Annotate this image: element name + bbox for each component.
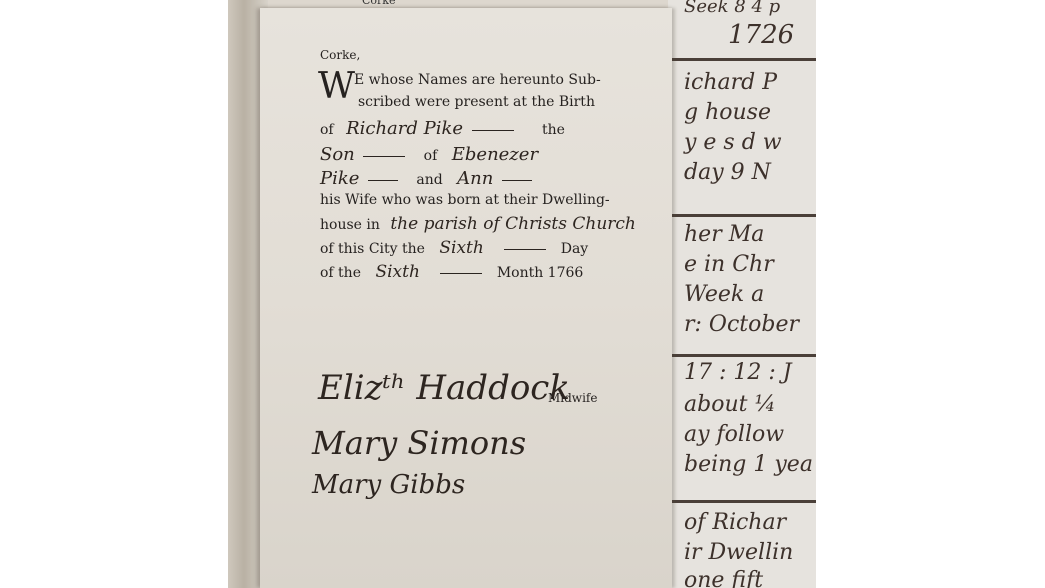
ledger-fragment: about ¼	[684, 392, 776, 417]
ledger-fragment: ay follow	[684, 422, 784, 447]
signature-witness-1: Mary Simons	[312, 424, 526, 462]
father-surname: Pike	[320, 168, 359, 189]
document-photo: Seek 8 4 p 1726 ichard P g house y e s d…	[228, 0, 816, 588]
birth-month: Sixth	[375, 262, 419, 282]
relation: Son	[320, 144, 355, 165]
printed-text: of	[424, 148, 438, 164]
ledger-fragment: g house	[684, 100, 771, 125]
ledger-fragment: of Richar	[684, 510, 786, 535]
midwife-label: Midwife	[548, 391, 597, 405]
line-5: Pike and Ann	[320, 168, 536, 189]
blank-line	[363, 156, 405, 157]
ledger-rule	[668, 500, 816, 503]
line-9: of the Sixth Month 1766	[320, 262, 583, 282]
ledger-fragment: r: October	[684, 312, 799, 337]
ledger-fragment: Seek 8 4 p	[684, 0, 780, 17]
line-2: scribed were present at the Birth	[358, 94, 595, 110]
blank-line	[472, 130, 514, 131]
blank-line	[368, 180, 398, 181]
signature-midwife: Elizᵗʰ Haddock	[318, 368, 570, 408]
line-7: house in the parish of Christs Church	[320, 214, 636, 234]
birth-day: Sixth	[439, 238, 483, 258]
line-1: E whose Names are hereunto Sub-	[354, 72, 601, 88]
ledger-fragment: 1726	[728, 20, 794, 50]
ledger-rule	[668, 354, 816, 357]
printed-text: of	[320, 122, 334, 138]
ledger-fragment: one fift	[684, 568, 763, 588]
signature-witness-2: Mary Gibbs	[312, 470, 465, 500]
printed-text: of this City the	[320, 241, 425, 257]
place-heading: Corke,	[320, 48, 360, 62]
blank-line	[502, 180, 532, 181]
printed-text: the	[542, 122, 565, 138]
line-8: of this City the Sixth Day	[320, 238, 588, 258]
ledger-page: Seek 8 4 p 1726 ichard P g house y e s d…	[668, 0, 816, 588]
parish: the parish of Christs Church	[390, 214, 636, 234]
mother-name: Ann	[457, 168, 493, 189]
ledger-rule	[668, 214, 816, 217]
printed-text: of the	[320, 265, 361, 281]
ledger-fragment: day 9 N	[684, 160, 771, 185]
ledger-fragment: Week a	[684, 282, 764, 307]
drop-cap: W	[318, 66, 355, 107]
line-4: Son of Ebenezer	[320, 144, 538, 165]
father-name: Ebenezer	[452, 144, 538, 165]
printed-text: and	[416, 172, 442, 188]
line-3: of Richard Pike the	[320, 118, 565, 139]
printed-text: house in	[320, 217, 380, 233]
ledger-fragment: ichard P	[684, 70, 777, 95]
underlying-sheet-text: Corke	[362, 0, 395, 7]
ledger-rule	[668, 58, 816, 61]
ledger-fragment: ir Dwellin	[684, 540, 793, 565]
ledger-fragment: her Ma	[684, 222, 764, 247]
blank-line	[440, 273, 482, 274]
ledger-fragment: 17 : 12 : J	[684, 360, 792, 385]
printed-text: Day	[561, 241, 588, 257]
child-name: Richard Pike	[346, 118, 463, 139]
ledger-fragment: e in Chr	[684, 252, 774, 277]
line-6: his Wife who was born at their Dwelling-	[320, 192, 610, 208]
printed-text: Month 1766	[497, 265, 584, 281]
blank-line	[504, 249, 546, 250]
birth-certificate: Corke, W E whose Names are hereunto Sub-…	[260, 8, 672, 588]
ledger-fragment: y e s d w	[684, 130, 782, 155]
ledger-fragment: being 1 yea	[684, 452, 813, 477]
